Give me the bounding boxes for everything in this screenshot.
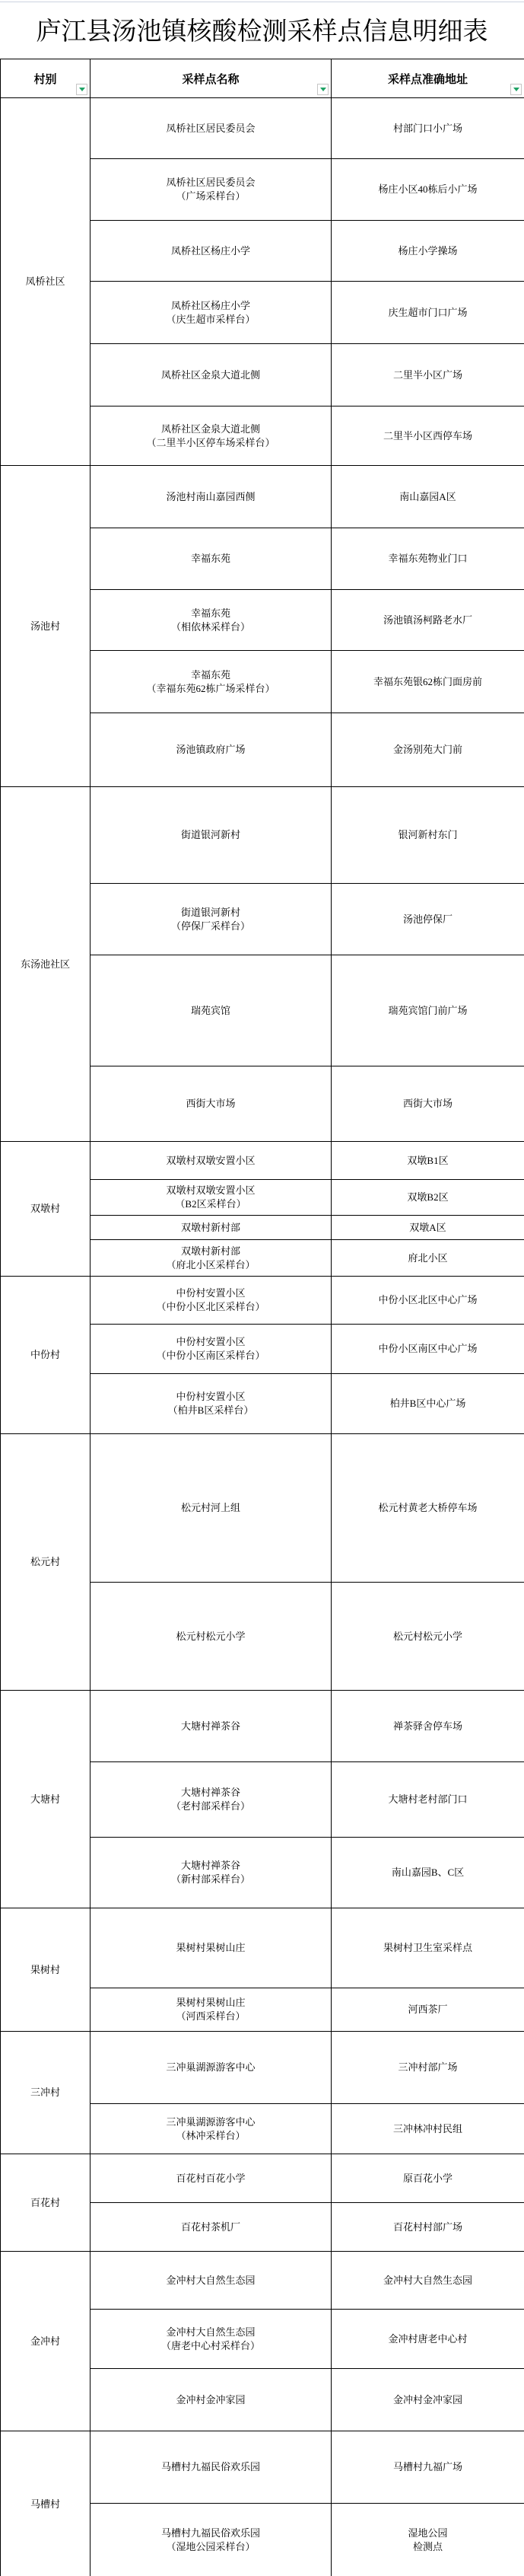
site-address-cell: 百花村村部广场 bbox=[332, 2203, 524, 2252]
village-cell: 金冲村 bbox=[1, 2252, 91, 2431]
title-block: 庐江县汤池镇核酸检测采样点信息明细表 bbox=[0, 0, 524, 59]
site-address-cell: 金冲村金冲家园 bbox=[332, 2369, 524, 2431]
header-row: 村别 采样点名称 采样点准确地址 bbox=[1, 59, 524, 98]
site-name-cell: 中份村安置小区 （柏井B区采样台） bbox=[91, 1374, 332, 1434]
site-name-cell: 凤桥社区金泉大道北侧 bbox=[91, 344, 332, 406]
filter-button-address[interactable] bbox=[510, 84, 522, 95]
village-cell: 凤桥社区 bbox=[1, 98, 91, 466]
site-name-cell: 金冲村大自然生态园 （唐老中心村采样台） bbox=[91, 2310, 332, 2369]
village-cell: 三冲村 bbox=[1, 2032, 91, 2154]
site-address-cell: 金冲村大自然生态园 bbox=[332, 2252, 524, 2310]
table-row: 马槽村马槽村九福民俗欢乐园马槽村九福广场 bbox=[1, 2431, 524, 2504]
site-address-cell: 双墩A区 bbox=[332, 1216, 524, 1240]
site-address-cell: 杨庄小区40栋后小广场 bbox=[332, 159, 524, 221]
site-address-cell: 瑞苑宾馆门前广场 bbox=[332, 955, 524, 1066]
site-name-cell: 果树村果树山庄 （河西采样台） bbox=[91, 1988, 332, 2032]
site-name-cell: 百花村茶机厂 bbox=[91, 2203, 332, 2252]
table-row: 松元村松元村河上组松元村黄老大桥停车场 bbox=[1, 1434, 524, 1583]
filter-dropdown-icon bbox=[320, 88, 326, 91]
village-cell: 汤池村 bbox=[1, 466, 91, 787]
site-address-cell: 二里半小区西停车场 bbox=[332, 406, 524, 466]
site-name-cell: 金冲村金冲家园 bbox=[91, 2369, 332, 2431]
site-address-cell: 原百花小学 bbox=[332, 2154, 524, 2203]
site-name-cell: 街道银河新村 （停保厂采样台） bbox=[91, 884, 332, 955]
site-address-cell: 幸福东苑物业门口 bbox=[332, 528, 524, 590]
site-address-cell: 汤池镇汤柯路老水厂 bbox=[332, 590, 524, 651]
site-address-cell: 柏井B区中心广场 bbox=[332, 1374, 524, 1434]
site-name-cell: 三冲巢湖源游客中心 （林冲采样台） bbox=[91, 2104, 332, 2154]
site-name-cell: 双墩村新村部 bbox=[91, 1216, 332, 1240]
site-name-cell: 马槽村九福民俗欢乐园 （湿地公园采样台） bbox=[91, 2504, 332, 2576]
site-name-cell: 双墩村新村部 （府北小区采样台） bbox=[91, 1240, 332, 1277]
table-row: 双墩村双墩村双墩安置小区双墩B1区 bbox=[1, 1142, 524, 1180]
col-header-address: 采样点准确地址 bbox=[332, 59, 524, 98]
site-address-cell: 村部门口小广场 bbox=[332, 98, 524, 159]
site-address-cell: 松元村松元小学 bbox=[332, 1583, 524, 1691]
filter-button-site-name[interactable] bbox=[317, 84, 329, 95]
site-address-cell: 金冲村唐老中心村 bbox=[332, 2310, 524, 2369]
site-address-cell: 汤池停保厂 bbox=[332, 884, 524, 955]
site-name-cell: 凤桥社区杨庄小学 （庆生超市采样台） bbox=[91, 282, 332, 344]
site-name-cell: 凤桥社区杨庄小学 bbox=[91, 221, 332, 282]
site-name-cell: 大塘村禅茶谷 （新村部采样台） bbox=[91, 1838, 332, 1908]
col-header-village-label: 村别 bbox=[33, 74, 56, 86]
site-name-cell: 幸福东苑 （幸福东苑62栋广场采样台） bbox=[91, 651, 332, 713]
site-name-cell: 凤桥社区居民委员会 （广场采样台） bbox=[91, 159, 332, 221]
site-name-cell: 双墩村双墩安置小区 bbox=[91, 1142, 332, 1180]
site-name-cell: 凤桥社区金泉大道北侧 （二里半小区停车场采样台） bbox=[91, 406, 332, 466]
site-name-cell: 双墩村双墩安置小区 （B2区采样台） bbox=[91, 1180, 332, 1216]
page-title: 庐江县汤池镇核酸检测采样点信息明细表 bbox=[37, 11, 488, 47]
site-name-cell: 百花村百花小学 bbox=[91, 2154, 332, 2203]
village-cell: 大塘村 bbox=[1, 1691, 91, 1908]
site-name-cell: 中份村安置小区 （中份小区南区采样台） bbox=[91, 1325, 332, 1374]
site-address-cell: 幸福东苑银62栋门面房前 bbox=[332, 651, 524, 713]
filter-dropdown-icon bbox=[79, 88, 85, 91]
table-row: 果树村果树村果树山庄果树村卫生室采样点 bbox=[1, 1908, 524, 1988]
site-name-cell: 街道银河新村 bbox=[91, 787, 332, 884]
site-address-cell: 银河新村东门 bbox=[332, 787, 524, 884]
site-name-cell: 凤桥社区居民委员会 bbox=[91, 98, 332, 159]
site-address-cell: 禅茶驿舍停车场 bbox=[332, 1691, 524, 1762]
table-body: 凤桥社区凤桥社区居民委员会村部门口小广场凤桥社区居民委员会 （广场采样台）杨庄小… bbox=[1, 98, 524, 2576]
site-name-cell: 大塘村禅茶谷 bbox=[91, 1691, 332, 1762]
village-cell: 双墩村 bbox=[1, 1142, 91, 1277]
filter-dropdown-icon bbox=[513, 88, 519, 91]
table-row: 东汤池社区街道银河新村银河新村东门 bbox=[1, 787, 524, 884]
site-address-cell: 金汤别苑大门前 bbox=[332, 713, 524, 787]
site-address-cell: 大塘村老村部门口 bbox=[332, 1762, 524, 1838]
site-name-cell: 松元村河上组 bbox=[91, 1434, 332, 1583]
village-cell: 东汤池社区 bbox=[1, 787, 91, 1142]
site-address-cell: 中份小区北区中心广场 bbox=[332, 1277, 524, 1325]
village-cell: 马槽村 bbox=[1, 2431, 91, 2576]
site-name-cell: 大塘村禅茶谷 （老村部采样台） bbox=[91, 1762, 332, 1838]
table-row: 三冲村三冲巢湖源游客中心三冲村部广场 bbox=[1, 2032, 524, 2104]
site-address-cell: 双墩B1区 bbox=[332, 1142, 524, 1180]
table-row: 金冲村金冲村大自然生态园金冲村大自然生态园 bbox=[1, 2252, 524, 2310]
site-name-cell: 马槽村九福民俗欢乐园 bbox=[91, 2431, 332, 2504]
site-name-cell: 汤池村南山嘉园西侧 bbox=[91, 466, 332, 528]
table-row: 中份村中份村安置小区 （中份小区北区采样台）中份小区北区中心广场 bbox=[1, 1277, 524, 1325]
col-header-address-label: 采样点准确地址 bbox=[388, 74, 468, 86]
site-name-cell: 汤池镇政府广场 bbox=[91, 713, 332, 787]
col-header-site-name: 采样点名称 bbox=[91, 59, 332, 98]
site-address-cell: 庆生超市门口广场 bbox=[332, 282, 524, 344]
table-row: 凤桥社区凤桥社区居民委员会村部门口小广场 bbox=[1, 98, 524, 159]
col-header-village: 村别 bbox=[1, 59, 91, 98]
site-name-cell: 中份村安置小区 （中份小区北区采样台） bbox=[91, 1277, 332, 1325]
col-header-site-name-label: 采样点名称 bbox=[182, 74, 239, 86]
site-address-cell: 双墩B2区 bbox=[332, 1180, 524, 1216]
site-name-cell: 松元村松元小学 bbox=[91, 1583, 332, 1691]
site-address-cell: 河西茶厂 bbox=[332, 1988, 524, 2032]
site-address-cell: 果树村卫生室采样点 bbox=[332, 1908, 524, 1988]
village-cell: 松元村 bbox=[1, 1434, 91, 1691]
site-address-cell: 府北小区 bbox=[332, 1240, 524, 1277]
site-name-cell: 果树村果树山庄 bbox=[91, 1908, 332, 1988]
site-name-cell: 金冲村大自然生态园 bbox=[91, 2252, 332, 2310]
site-address-cell: 松元村黄老大桥停车场 bbox=[332, 1434, 524, 1583]
site-address-cell: 三冲村部广场 bbox=[332, 2032, 524, 2104]
site-address-cell: 杨庄小学操场 bbox=[332, 221, 524, 282]
page-root: 庐江县汤池镇核酸检测采样点信息明细表 村别 采样点名称 采样点准确地址 凤桥社区… bbox=[0, 0, 524, 2576]
table-row: 百花村百花村百花小学原百花小学 bbox=[1, 2154, 524, 2203]
site-address-cell: 南山嘉园A区 bbox=[332, 466, 524, 528]
site-name-cell: 三冲巢湖源游客中心 bbox=[91, 2032, 332, 2104]
site-name-cell: 幸福东苑 （相依林采样台） bbox=[91, 590, 332, 651]
filter-button-village[interactable] bbox=[76, 84, 87, 95]
site-address-cell: 三冲林冲村民组 bbox=[332, 2104, 524, 2154]
site-name-cell: 西街大市场 bbox=[91, 1066, 332, 1142]
top-edge-line bbox=[0, 2, 524, 2]
site-name-cell: 瑞苑宾馆 bbox=[91, 955, 332, 1066]
sampling-points-table: 村别 采样点名称 采样点准确地址 凤桥社区凤桥社区居民委员会村部门口小广场凤桥社… bbox=[0, 59, 524, 2576]
table-row: 汤池村汤池村南山嘉园西侧南山嘉园A区 bbox=[1, 466, 524, 528]
village-cell: 中份村 bbox=[1, 1277, 91, 1434]
site-address-cell: 西街大市场 bbox=[332, 1066, 524, 1142]
site-address-cell: 中份小区南区中心广场 bbox=[332, 1325, 524, 1374]
site-address-cell: 马槽村九福广场 bbox=[332, 2431, 524, 2504]
village-cell: 果树村 bbox=[1, 1908, 91, 2032]
site-address-cell: 二里半小区广场 bbox=[332, 344, 524, 406]
site-address-cell: 湿地公园 检测点 bbox=[332, 2504, 524, 2576]
site-name-cell: 幸福东苑 bbox=[91, 528, 332, 590]
table-row: 大塘村大塘村禅茶谷禅茶驿舍停车场 bbox=[1, 1691, 524, 1762]
village-cell: 百花村 bbox=[1, 2154, 91, 2252]
site-address-cell: 南山嘉园B、C区 bbox=[332, 1838, 524, 1908]
